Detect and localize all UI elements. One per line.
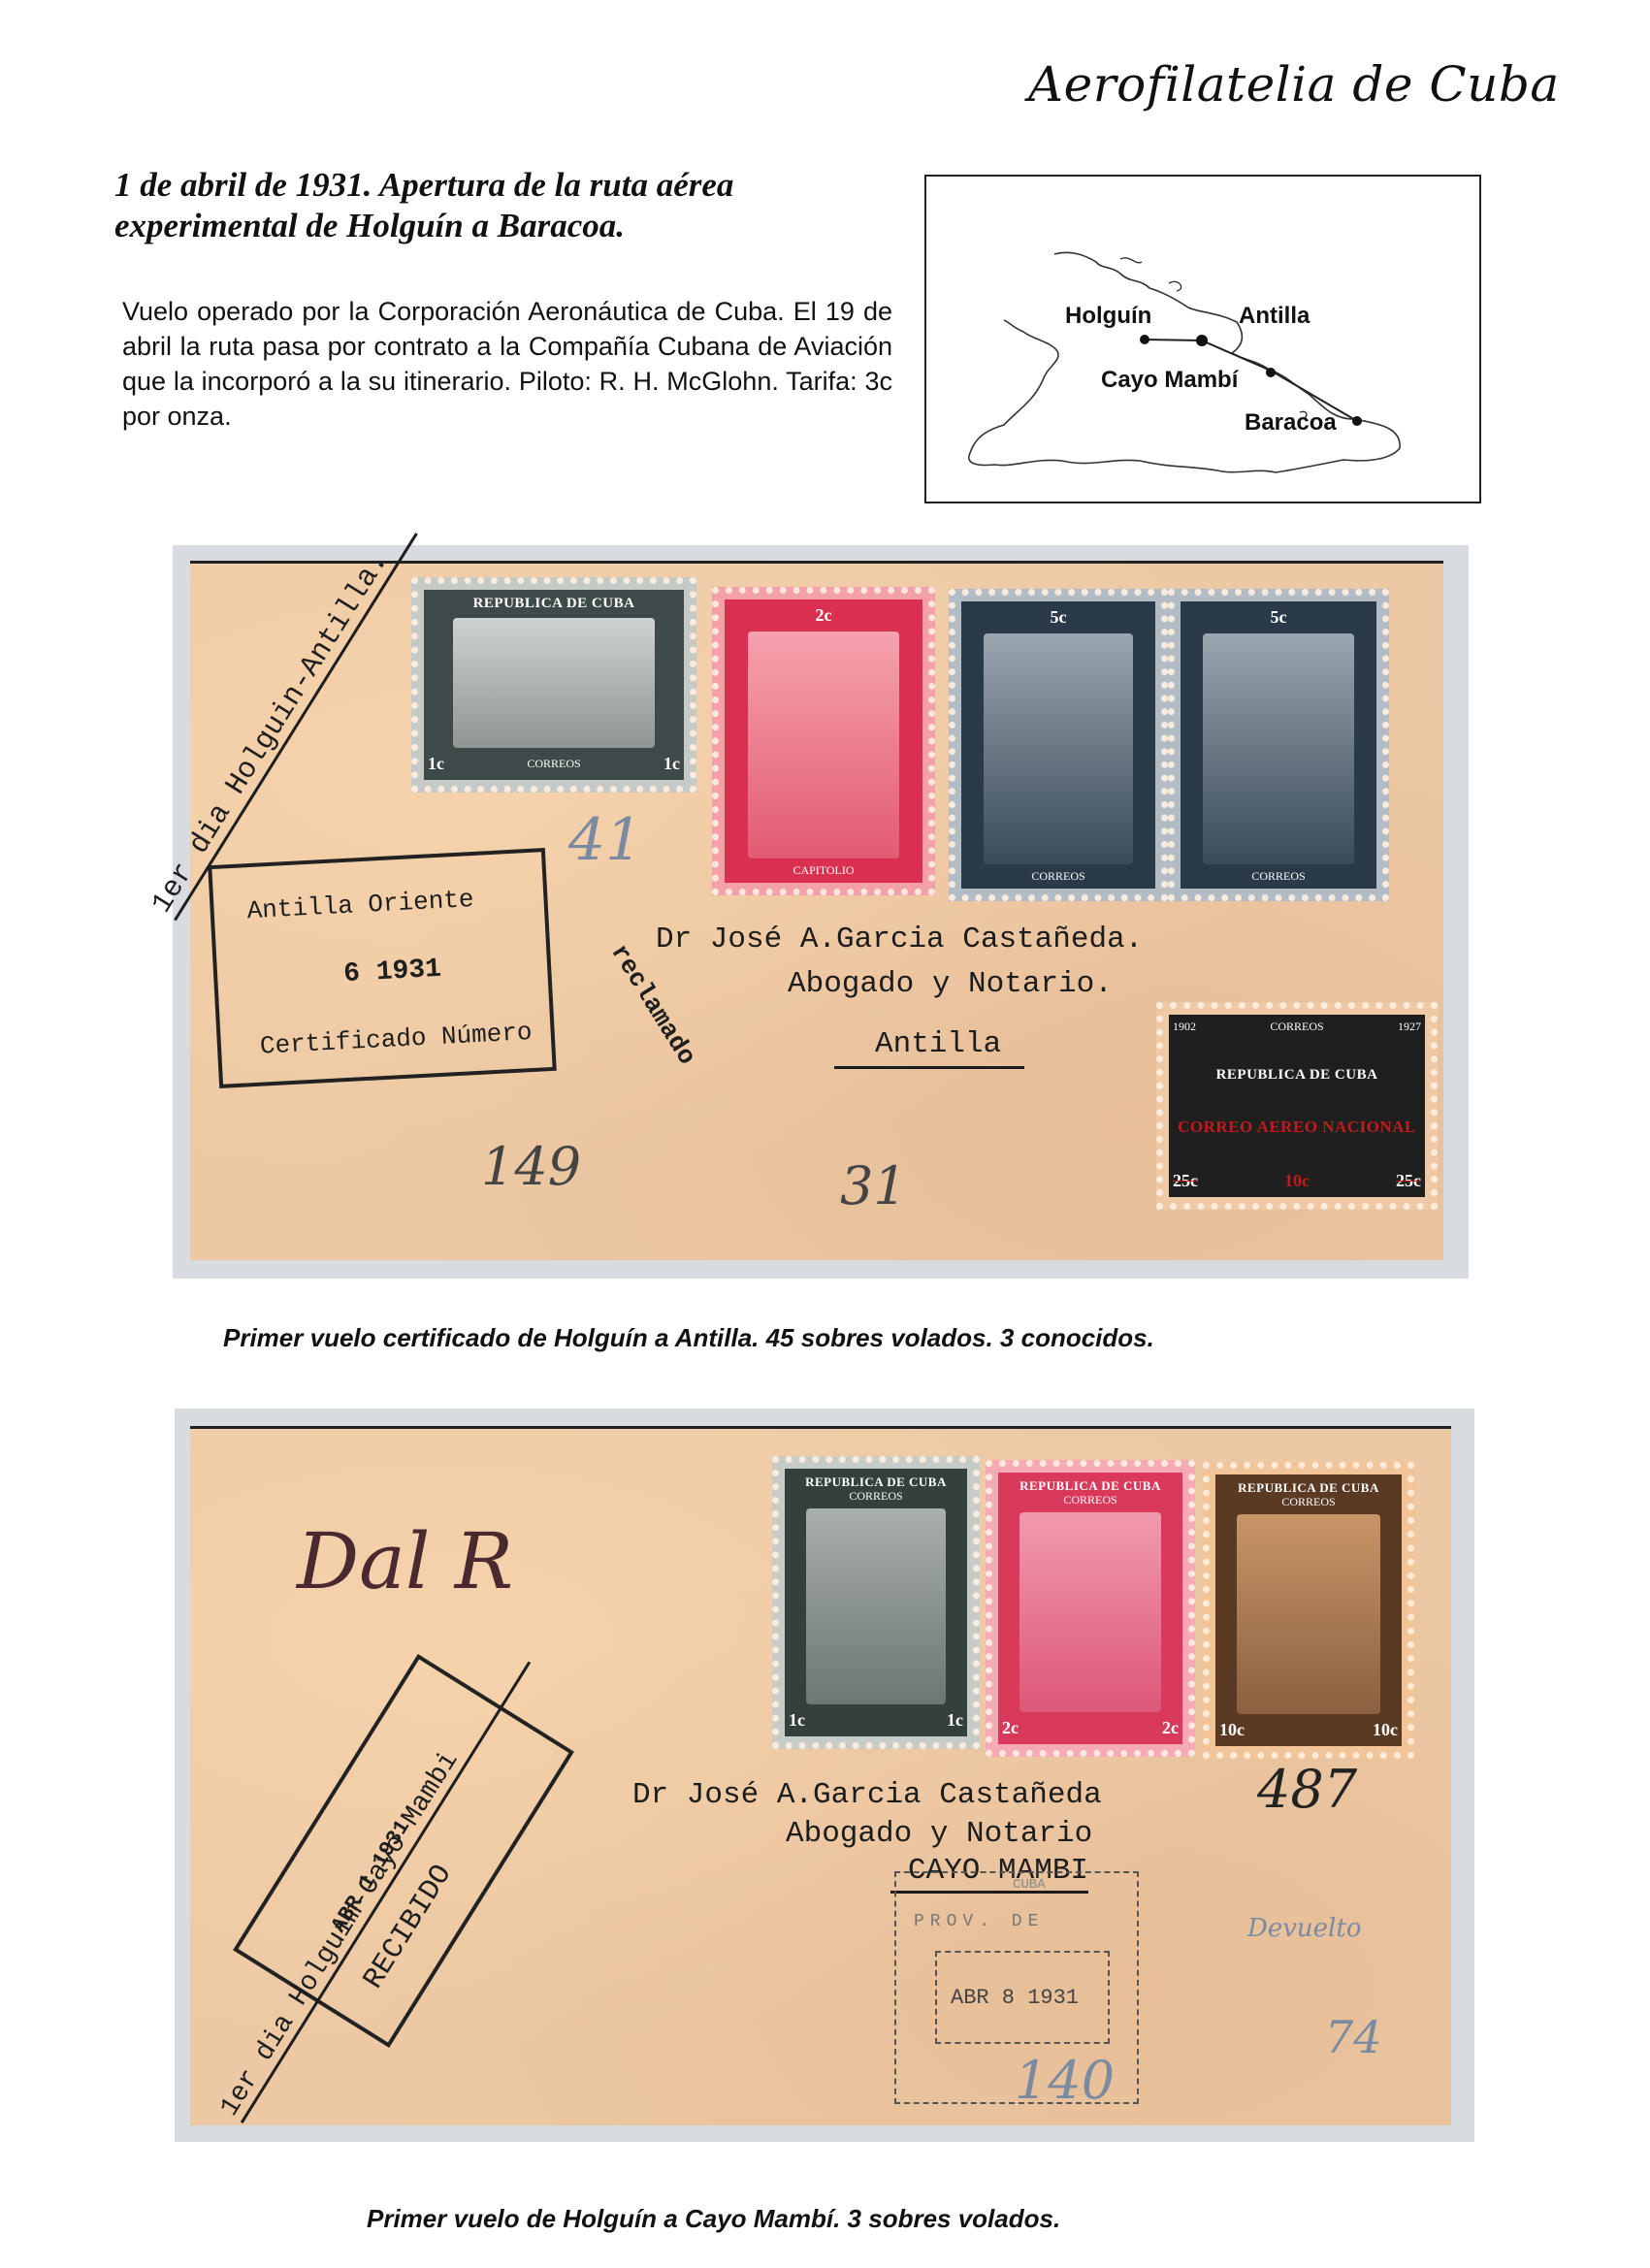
stamp-label: CORREOS [1281, 1496, 1335, 1508]
stamp-value: 10c [1373, 1720, 1398, 1740]
stamp-overprint-value: 10c [1284, 1171, 1310, 1191]
stamp-original-value: 25c [1173, 1171, 1198, 1191]
cachet-date-text: 6 1931 [342, 955, 441, 989]
stamp-country-text: REPUBLICA DE CUBA [1216, 1067, 1378, 1084]
stamp-5c-capitolio-right: 5c CORREOS [1168, 589, 1389, 901]
manuscript-initials: Dal R [297, 1516, 513, 1606]
stamp-overprint-text: CORREO AEREO NACIONAL [1178, 1118, 1416, 1137]
stamp-year-left: 1902 [1173, 1021, 1196, 1033]
stamp-10c-juegos-deportivos: REPUBLICA DE CUBA CORREOS 10c 10c [1203, 1462, 1414, 1759]
stamp-correo-aereo-overprint: 1902 CORREOS 1927 REPUBLICA DE CUBA CORR… [1156, 1002, 1438, 1210]
stamp-1c-juegos-deportivos: REPUBLICA DE CUBA CORREOS 1c 1c [772, 1456, 980, 1749]
manuscript-number-2: 149 [481, 1136, 581, 1197]
stamp-value: 1c [789, 1710, 805, 1731]
cover-1-envelope: REPUBLICA DE CUBA 1c CORREOS 1c 2c CAPIT… [190, 561, 1443, 1260]
stamp-value: 2c [1162, 1718, 1179, 1738]
stamp-top-label: CORREOS [1270, 1021, 1323, 1033]
capitol-building-image [984, 633, 1133, 864]
stamp-2c-capitolio: 2c CAPITOLIO [712, 587, 935, 895]
stamp-value: 1c [663, 754, 680, 774]
stamp-subject: CAPITOLIO [793, 864, 854, 877]
stamp-value: 10c [1219, 1720, 1245, 1740]
stamp-value: 2c [1002, 1718, 1019, 1738]
cachet-origin-text: Antilla Oriente [246, 885, 474, 925]
address-line-3: Antilla [875, 1027, 1001, 1061]
stamp-5c-capitolio-left: 5c CORREOS [949, 589, 1168, 901]
capitol-building-image [748, 632, 900, 859]
manuscript-number-487: 487 [1257, 1759, 1357, 1820]
section-headline: 1 de abril de 1931. Apertura de la ruta … [114, 165, 910, 246]
hurdler-image [1019, 1512, 1161, 1712]
address-line-1: Dr José A.Garcia Castañeda [632, 1778, 1102, 1812]
stamp-value: 1c [947, 1710, 963, 1731]
cachet-certificado-text: Certificado Número [259, 1018, 533, 1061]
stamp-1c-capitolio: REPUBLICA DE CUBA 1c CORREOS 1c [411, 577, 696, 793]
route-map: Holguín Antilla Cayo Mambí Baracoa [924, 175, 1481, 503]
stamp-label: CORREOS [1031, 870, 1084, 883]
stamp-2c-juegos-deportivos: REPUBLICA DE CUBA CORREOS 2c 2c [986, 1460, 1195, 1757]
stamp-country-text: REPUBLICA DE CUBA [805, 1474, 947, 1490]
stamp-value: 1c [428, 754, 444, 774]
stamp-label: CORREOS [1251, 870, 1305, 883]
manuscript-number-74: 74 [1325, 2011, 1382, 2063]
cover-2-envelope: REPUBLICA DE CUBA CORREOS 1c 1c REPUBLIC… [190, 1426, 1451, 2125]
stamp-original-value: 25c [1396, 1171, 1421, 1191]
manuscript-devuelto: Devuelto [1247, 1914, 1361, 1943]
stamp-label: CORREOS [527, 758, 580, 770]
manuscript-number-3: 31 [840, 1155, 907, 1216]
map-label-antilla: Antilla [1239, 303, 1310, 330]
stamp-label: CORREOS [1063, 1494, 1116, 1507]
headline-line-1: 1 de abril de 1931. Apertura de la ruta … [114, 165, 910, 206]
address-underline [834, 1066, 1024, 1069]
address-line-2: Abogado y Notario [786, 1817, 1092, 1851]
hurdler-image [806, 1508, 946, 1704]
capitol-building-image [453, 618, 655, 748]
address-line-1: Dr José A.Garcia Castañeda. [656, 923, 1143, 956]
map-label-holguin: Holguín [1065, 303, 1151, 330]
manuscript-number-1: 41 [568, 806, 642, 874]
intro-paragraph: Vuelo operado por la Corporación Aeronáu… [122, 294, 892, 434]
stamp-country-text: REPUBLICA DE CUBA [473, 596, 635, 612]
map-label-cayo-mambi: Cayo Mambí [1101, 367, 1238, 394]
stamp-value: 5c [1271, 607, 1287, 628]
stamp-value: 5c [1051, 607, 1067, 628]
stamp-year-right: 1927 [1398, 1021, 1421, 1033]
page-title: Aerofilatelia de Cuba [1028, 56, 1560, 113]
hurdler-image [1237, 1514, 1379, 1714]
headline-line-2: experimental de Holguín a Baracoa. [114, 206, 910, 246]
cover-1-caption: Primer vuelo certificado de Holguín a An… [223, 1323, 1154, 1353]
backstamp-prov: PROV. DE [914, 1912, 1044, 1931]
stamp-country-text: REPUBLICA DE CUBA [1238, 1480, 1379, 1496]
stamp-label: CORREOS [849, 1490, 902, 1503]
manuscript-number-140: 140 [1015, 2050, 1115, 2111]
address-line-2: Abogado y Notario. [788, 967, 1113, 1001]
capitol-building-image [1203, 633, 1353, 864]
stamp-country-text: REPUBLICA DE CUBA [1019, 1478, 1161, 1494]
reclamado-stamp: reclamado [604, 939, 701, 1070]
backstamp-date-box: ABR 8 1931 [935, 1951, 1110, 2044]
backstamp-date: ABR 8 1931 [951, 1986, 1079, 2010]
backstamp-country: CUBA [1013, 1877, 1046, 1893]
cuba-outline-map [926, 177, 1479, 502]
registered-cachet-box: Antilla Oriente 6 1931 Certificado Númer… [208, 848, 557, 1088]
map-label-baracoa: Baracoa [1245, 409, 1337, 437]
stamp-value: 2c [816, 605, 832, 626]
cover-2-caption: Primer vuelo de Holguín a Cayo Mambí. 3 … [367, 2204, 1060, 2234]
